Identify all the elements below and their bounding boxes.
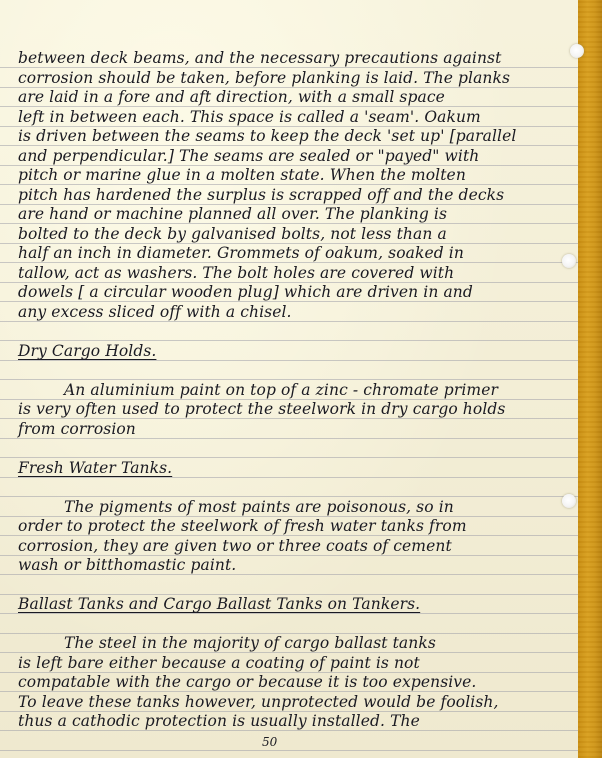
text-line: are laid in a fore and aft direction, wi… (18, 88, 445, 106)
text-line: is very often used to protect the steelw… (18, 400, 505, 418)
ruled-line (0, 691, 578, 692)
ruled-line (0, 145, 578, 146)
text-line: bolted to the deck by galvanised bolts, … (18, 225, 447, 243)
text-line: An aluminium paint on top of a zinc - ch… (64, 381, 498, 399)
text-line: wash or bitthomastic paint. (18, 556, 236, 574)
ruled-line (0, 321, 578, 322)
text-line: The pigments of most paints are poisonou… (64, 498, 454, 516)
ruled-line (0, 613, 578, 614)
section-heading-dry-cargo-holds: Dry Cargo Holds. (18, 342, 156, 360)
ruled-line (0, 223, 578, 224)
text-line: pitch or marine glue in a molten state. … (18, 166, 466, 184)
section-heading-ballast-tanks: Ballast Tanks and Cargo Ballast Tanks on… (18, 595, 420, 613)
text-line: any excess sliced off with a chisel. (18, 303, 292, 321)
text-line: corrosion, they are given two or three c… (18, 537, 452, 555)
binding-strip (578, 0, 602, 758)
ruled-line (0, 379, 578, 380)
ruled-line (0, 67, 578, 68)
text-line: compatable with the cargo or because it … (18, 673, 476, 691)
ruled-line (0, 106, 578, 107)
text-line: thus a cathodic protection is usually in… (18, 712, 420, 730)
ruled-line (0, 262, 578, 263)
ruled-line (0, 457, 578, 458)
punch-hole (562, 494, 576, 508)
ruled-line (0, 477, 578, 478)
ruled-line (0, 730, 578, 731)
text-line: The steel in the majority of cargo balla… (64, 634, 436, 652)
text-line: from corrosion (18, 420, 136, 438)
text-line: is left bare either because a coating of… (18, 654, 420, 672)
ruled-line (0, 574, 578, 575)
ruled-line (0, 652, 578, 653)
text-line: pitch has hardened the surplus is scrapp… (18, 186, 504, 204)
ruled-line (0, 438, 578, 439)
punch-hole (562, 254, 576, 268)
section-heading-fresh-water-tanks: Fresh Water Tanks. (18, 459, 172, 477)
ruled-line (0, 301, 578, 302)
text-line: dowels [ a circular wooden plug] which a… (18, 283, 473, 301)
page-number: 50 (262, 735, 277, 749)
ruled-line (0, 418, 578, 419)
text-line: left in between each. This space is call… (18, 108, 481, 126)
text-line: half an inch in diameter. Grommets of oa… (18, 244, 464, 262)
text-line: To leave these tanks however, unprotecte… (18, 693, 498, 711)
ruled-line (0, 360, 578, 361)
text-line: corrosion should be taken, before planki… (18, 69, 510, 87)
ruled-line (0, 496, 578, 497)
text-line: are hand or machine planned all over. Th… (18, 205, 447, 223)
punch-hole (570, 44, 584, 58)
text-line: and perpendicular.] The seams are sealed… (18, 147, 479, 165)
text-line: tallow, act as washers. The bolt holes a… (18, 264, 454, 282)
ruled-line (0, 535, 578, 536)
text-line: order to protect the steelwork of fresh … (18, 517, 467, 535)
text-line: is driven between the seams to keep the … (18, 127, 516, 145)
ruled-line (0, 750, 578, 751)
text-line: between deck beams, and the necessary pr… (18, 49, 501, 67)
ruled-line (0, 184, 578, 185)
ruled-line (0, 340, 578, 341)
